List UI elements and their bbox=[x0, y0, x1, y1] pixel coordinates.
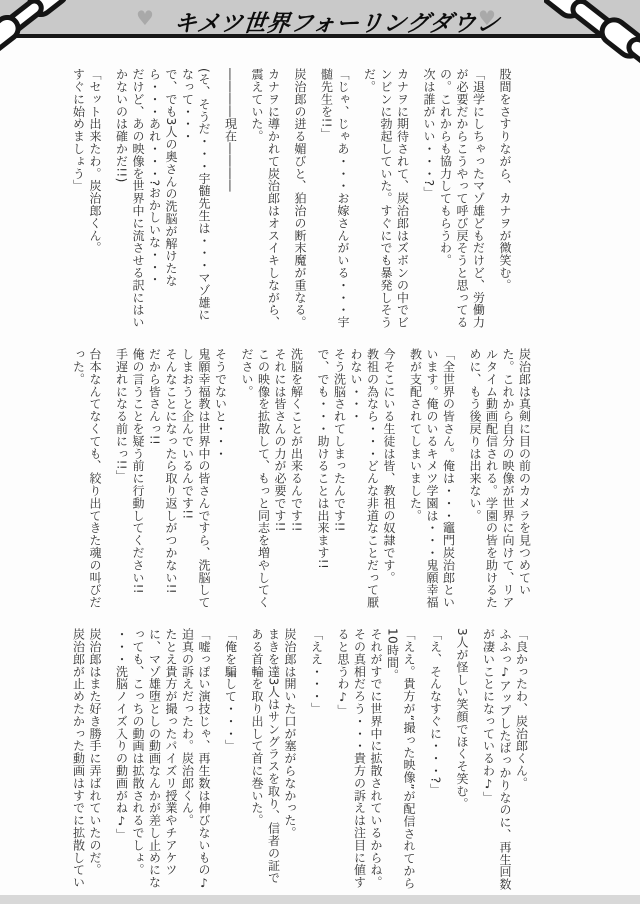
text-line: 鬼願幸福教は世界中の皆さんですら、洗脳してしまおうと企んでいるんです!! bbox=[181, 348, 212, 608]
paragraph: 股間をさすりながら、カナヲが微笑む。 bbox=[497, 68, 514, 332]
text-line: その真相だろう・・・貴方の訴えは注目に値すると思うわ♪」 bbox=[336, 628, 367, 888]
text-line: そうでないと・・・ bbox=[214, 348, 228, 460]
paragraph: 炭治郎の迸る媚びと、狛治の断末魔が重なる。 bbox=[292, 68, 309, 332]
paragraph: で、でも3人の奥さんの洗脳が解けたなら・・・あれ・・・?おかしいな・・・ bbox=[146, 68, 179, 332]
text-line: 洗脳を解くことが出来るんです!! bbox=[290, 348, 304, 532]
paragraph: そんなことになったら取り返しがつかない!! bbox=[163, 348, 180, 612]
text-line: 「俺を騙して・・・」 bbox=[224, 628, 238, 752]
paragraph: 「俺を騙して・・・」 bbox=[222, 628, 239, 892]
text-line: そんなことになったら取り返しがつかない!! bbox=[164, 348, 178, 594]
heart-icon-right: ♥ bbox=[478, 6, 496, 30]
scene-divider: ――――現在―――― bbox=[222, 68, 239, 332]
text-line: カナヲに期待されて、炭治郎はズボンの中でビンビンに勃起していた。すぐにでも暴発し… bbox=[363, 68, 410, 328]
paragraph: 「全世界の皆さん。俺は・・・竈門炭治郎といいます。俺のいるキメツ学園は・・・鬼願… bbox=[407, 348, 457, 612]
text-line: 「退学にしちゃったマゾ雄どもだけど、労働力が必要だからこうやって呼び戻そうと思っ… bbox=[439, 68, 486, 328]
text-line: この映像を拡散して、もっと同志を増やしてください。 bbox=[240, 348, 271, 608]
paragraph: 「じゃ、じゃあ・・・お嫁さんがいる・・・宇髄先生を!!」 bbox=[318, 68, 351, 332]
text-tier-bottom: 「良かったわ、炭治郎くん。ふふっ♪アップしたばっかりなのに、再生回数が凄いことに… bbox=[70, 628, 530, 892]
text-line: 「じゃ、じゃあ・・・お嫁さんがいる・・・宇髄先生を!!」 bbox=[320, 68, 351, 328]
paragraph: この映像を拡散して、もっと同志を増やしてください。 bbox=[239, 348, 272, 612]
paragraph: 「え、そんなすぐに・・・?」 bbox=[427, 628, 444, 892]
chain-left-icon bbox=[0, 0, 66, 56]
paragraph: 教祖の為なら・・・どんな非道なことだって厭わない・・・ bbox=[348, 348, 381, 612]
page-header-band: ♥ キメツ世界フォーリングダウン ♥ bbox=[0, 0, 640, 38]
paragraph: 手遅れになる前にっ!!」 bbox=[113, 348, 130, 612]
text-line: だけど、あの映像を世界中に流させる訳にはいかないのは確かだ!!) bbox=[115, 68, 146, 328]
text-line: 今そこにいる生徒は皆、教祖の奴隷です。 bbox=[382, 348, 396, 584]
paragraph: だけど、あの映像を世界中に流させる訳にはいかないのは確かだ!!) bbox=[113, 68, 146, 332]
paragraph: カナヲに期待されて、炭治郎はズボンの中でビンビンに勃起していた。すぐにでも暴発し… bbox=[361, 68, 411, 332]
paragraph: 「ええ。貴方が“撮った映像”が配信されてから10時間。それがすでに世界中に拡散さ… bbox=[335, 628, 418, 892]
text-line: 「セット出来たわ。炭治郎くん。 bbox=[88, 68, 102, 254]
text-line: 「ええ・・・」 bbox=[310, 628, 324, 715]
paragraph: 今そこにいる生徒は皆、教祖の奴隷です。 bbox=[381, 348, 398, 612]
text-line: たとえ貴方が撮ったパイズリ授業やチアケツに、マゾ雄堕としの動画なんかが差し止めに… bbox=[131, 628, 178, 888]
paragraph: 洗脳を解くことが出来るんです!! bbox=[288, 348, 305, 612]
paragraph: 俺の言うことを疑う前に行動してください!! bbox=[130, 348, 147, 612]
paragraph: 「嘘っぽい演技じゃ、再生数は伸びないもの♪迫真の訴えだったわ。炭治郎くん。たとえ… bbox=[113, 628, 212, 892]
paragraph: 鬼願幸福教は世界中の皆さんですら、洗脳してしまおうと企んでいるんです!! bbox=[179, 348, 212, 612]
text-line: すぐに始めましょう」 bbox=[72, 68, 86, 192]
text-line: カナヲに導かれて炭治郎はオスイキしながら、震えていた。 bbox=[250, 68, 281, 328]
text-line: まきを達3人はサングラスを取り、信者の証である首輪を取り出して首に巻いた。 bbox=[250, 628, 281, 884]
text-line: 「ええ。貴方が“撮った映像”が配信されてから10時間。 bbox=[386, 628, 417, 889]
text-line: 炭治郎はまた好き勝手に弄ばれていたのだ。 bbox=[88, 628, 102, 876]
text-line: それがすでに世界中に拡散されているからね。 bbox=[369, 628, 383, 888]
text-line: 「え、そんなすぐに・・・?」 bbox=[429, 628, 443, 796]
paragraph: 「良かったわ、炭治郎くん。ふふっ♪アップしたばっかりなのに、再生回数が凄いことに… bbox=[480, 628, 530, 892]
paragraph: 「セット出来たわ。炭治郎くん。すぐに始めましょう」 bbox=[70, 68, 103, 332]
paragraph: 炭治郎は開いた口が塞がらなかった。まきを達3人はサングラスを取り、信者の証である… bbox=[249, 628, 299, 892]
paragraph: (そ、そうだ・・・宇髄先生は・・・マゾ雄になって・・・ bbox=[179, 68, 212, 332]
paragraph: だから皆さんっ!! bbox=[146, 348, 163, 612]
paragraph: そうでないと・・・ bbox=[212, 348, 229, 612]
text-line: それには皆さんの力が必要です!! bbox=[273, 348, 287, 532]
text-line: ふふっ♪アップしたばっかりなのに、再生回数が凄いことになっているわ♪」 bbox=[482, 628, 513, 890]
text-line: 次は誰がいい・・・?」 bbox=[422, 68, 436, 199]
text-line: 炭治郎は開いた口が塞がらなかった。 bbox=[283, 628, 297, 839]
text-line: 「良かったわ、炭治郎くん。 bbox=[515, 628, 529, 789]
paragraph: カナヲに導かれて炭治郎はオスイキしながら、震えていた。 bbox=[249, 68, 282, 332]
text-line: そう洗脳されてしまったんです!! bbox=[333, 348, 347, 532]
text-line: 炭治郎は真剣に目の前のカメラを見つめていた。これから自分の映像が世界に向けて、リ… bbox=[468, 348, 532, 608]
scanned-novel-page: { "header": { "title": "キメツ世界フォーリングダウン",… bbox=[0, 0, 640, 904]
paragraph: 3人が怪しい笑顔でほくそ笑む。 bbox=[454, 628, 471, 892]
text-line: 俺の言うことを疑う前に行動してください!! bbox=[131, 348, 145, 594]
paragraph: 炭治郎は真剣に目の前のカメラを見つめていた。これから自分の映像が世界に向けて、リ… bbox=[467, 348, 533, 612]
text-line: ・・・洗脳ノイズ入りの動画がね♪」 bbox=[115, 628, 129, 841]
paragraph: で、でも・・・助けることは出来ます!! bbox=[315, 348, 332, 612]
text-tier-middle: 炭治郎は真剣に目の前のカメラを見つめていた。これから自分の映像が世界に向けて、リ… bbox=[70, 348, 533, 612]
text-tier-top: 股間をさすりながら、カナヲが微笑む。「退学にしちゃったマゾ雄どもだけど、労働力が… bbox=[70, 68, 513, 332]
text-line: 台本なんてなくても、絞り出てきた魂の叫びだった。 bbox=[72, 348, 103, 608]
text-line: 「嘘っぽい演技じゃ、再生数は伸びないもの♪ bbox=[197, 628, 211, 890]
text-line: 3人が怪しい笑顔でほくそ笑む。 bbox=[455, 628, 469, 810]
paragraph: 「ええ・・・」 bbox=[308, 628, 325, 892]
text-line: で、でも3人の奥さんの洗脳が解けたなら・・・あれ・・・?おかしいな・・・ bbox=[148, 68, 179, 287]
text-line: だから皆さんっ!! bbox=[148, 348, 162, 445]
text-line: で、でも・・・助けることは出来ます!! bbox=[316, 348, 330, 569]
paragraph: 炭治郎はまた好き勝手に弄ばれていたのだ。炭治郎が止めたかった動画はすでに拡散して… bbox=[70, 628, 103, 892]
text-line: 迫真の訴えだったわ。炭治郎くん。 bbox=[181, 628, 195, 826]
paragraph: それには皆さんの力が必要です!! bbox=[272, 348, 289, 612]
text-line: 教祖の為なら・・・どんな非道なことだって厭わない・・・ bbox=[349, 348, 380, 608]
text-line: 股間をさすりながら、カナヲが微笑む。 bbox=[498, 68, 512, 291]
page-text-area: 股間をさすりながら、カナヲが微笑む。「退学にしちゃったマゾ雄どもだけど、労働力が… bbox=[0, 38, 640, 892]
text-line: ――――現在―――― bbox=[224, 68, 238, 192]
page-bottom-edge bbox=[0, 895, 640, 904]
paragraph: 「退学にしちゃったマゾ雄どもだけど、労働力が必要だからこうやって呼び戻そうと思っ… bbox=[421, 68, 487, 332]
text-line: 手遅れになる前にっ!!」 bbox=[115, 348, 129, 482]
paragraph: そう洗脳されてしまったんです!! bbox=[331, 348, 348, 612]
text-line: 炭治郎の迸る媚びと、狛治の断末魔が重なる。 bbox=[293, 68, 307, 328]
text-line: 「全世界の皆さん。俺は・・・竈門炭治郎といいます。俺のいるキメツ学園は・・・鬼願… bbox=[409, 348, 456, 608]
paragraph: 台本なんてなくても、絞り出てきた魂の叫びだった。 bbox=[70, 348, 103, 612]
text-line: 炭治郎が止めたかった動画はすでに拡散してい bbox=[72, 628, 86, 888]
text-line: (そ、そうだ・・・宇髄先生は・・・マゾ雄になって・・・ bbox=[181, 68, 212, 321]
chain-right-icon bbox=[544, 0, 640, 66]
